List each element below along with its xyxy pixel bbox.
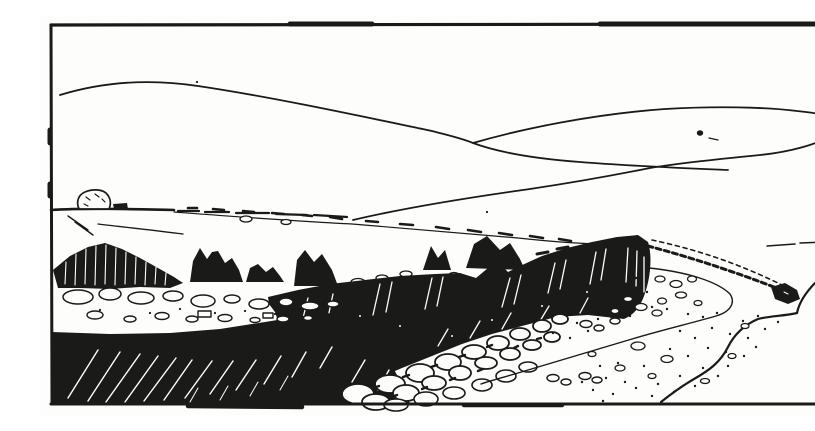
rubble-edge-upper (652, 240, 782, 285)
right-hill-outline (473, 107, 815, 143)
hut (78, 190, 111, 209)
slope-hatch (68, 216, 93, 235)
outlier-stones (547, 318, 620, 385)
landscape-illustration (40, 16, 815, 415)
far-bank-horizon-dashes (767, 241, 815, 246)
hut-annex (113, 203, 128, 209)
slope-line (98, 224, 183, 234)
far-bank-line (661, 240, 815, 402)
valley-line (353, 123, 815, 220)
slab-stones (198, 311, 273, 318)
background-hills (60, 82, 815, 246)
stray-dots (197, 82, 487, 212)
crag-hill (53, 243, 183, 289)
left-hill-outline (60, 82, 728, 170)
hill-rock-mark (697, 130, 703, 136)
ridge-line (51, 209, 174, 210)
frame-left (51, 25, 52, 404)
hill-tick (709, 138, 718, 140)
bench-line (174, 212, 606, 244)
bank-dark-patch (771, 283, 800, 304)
